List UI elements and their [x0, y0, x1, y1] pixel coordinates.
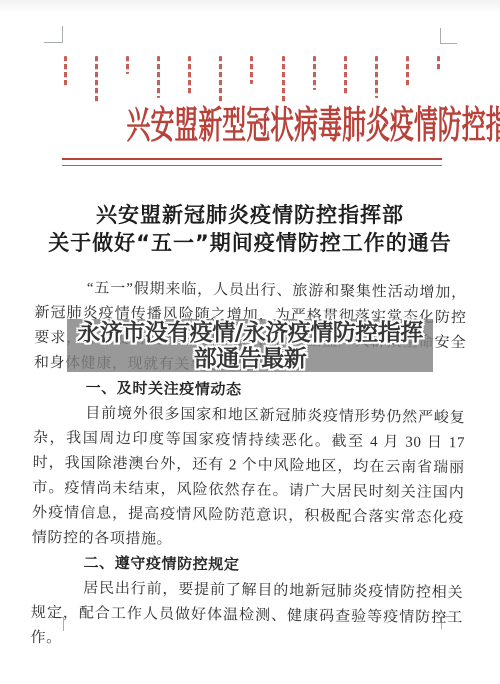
paragraph-section-1: 目前境外很多国家和地区新冠肺炎疫情形势仍然严峻复杂，我国周边印度等国家疫情持续恶… — [32, 401, 466, 556]
mongolian-script-row — [64, 56, 440, 108]
overlay-caption-line1: 永济市没有疫情/永济疫情防控指挥 — [77, 320, 422, 346]
mongolian-glyph-column — [375, 56, 378, 98]
mongolian-glyph-column — [344, 56, 347, 96]
overlay-caption-line2: 部通告最新 — [194, 346, 307, 372]
letterhead-title: 兴安盟新型冠状病毒肺炎疫情防控指挥部 — [0, 104, 500, 148]
mongolian-glyph-column — [157, 56, 160, 98]
mongolian-glyph-column — [95, 56, 98, 102]
mongolian-glyph-column — [250, 56, 253, 84]
overlay-caption-band: 永济市没有疫情/永济疫情防控指挥 部通告最新 — [67, 319, 433, 372]
mongolian-glyph-column — [406, 56, 409, 86]
mongolian-glyph-column — [188, 56, 191, 94]
letterhead-divider — [62, 158, 442, 166]
mongolian-glyph-column — [219, 56, 222, 102]
scanned-notice-page: 兴安盟新型冠状病毒肺炎疫情防控指挥部 兴安盟新冠肺炎疫情防控指挥部 关于做好“五… — [0, 0, 500, 684]
crop-mark-top-left — [44, 26, 63, 43]
paragraph-section-2: 居民出行前，要提前了解目的地新冠肺炎疫情防控相关规定，配合工作人员做好体温检测、… — [30, 576, 463, 656]
mongolian-glyph-column — [126, 56, 129, 74]
mongolian-glyph-column — [64, 56, 67, 86]
document-title-line1: 兴安盟新冠肺炎疫情防控指挥部 — [0, 201, 500, 229]
letterhead-title-text: 兴安盟新型冠状病毒肺炎疫情防控指挥部 — [127, 104, 500, 148]
document-title: 兴安盟新冠肺炎疫情防控指挥部 关于做好“五一”期间疫情防控工作的通告 — [0, 201, 500, 257]
mongolian-glyph-column — [282, 56, 285, 102]
crop-mark-top-right — [440, 28, 457, 44]
mongolian-glyph-column — [313, 56, 316, 90]
document-title-line2: 关于做好“五一”期间疫情防控工作的通告 — [0, 229, 500, 257]
mongolian-glyph-column — [437, 56, 440, 70]
